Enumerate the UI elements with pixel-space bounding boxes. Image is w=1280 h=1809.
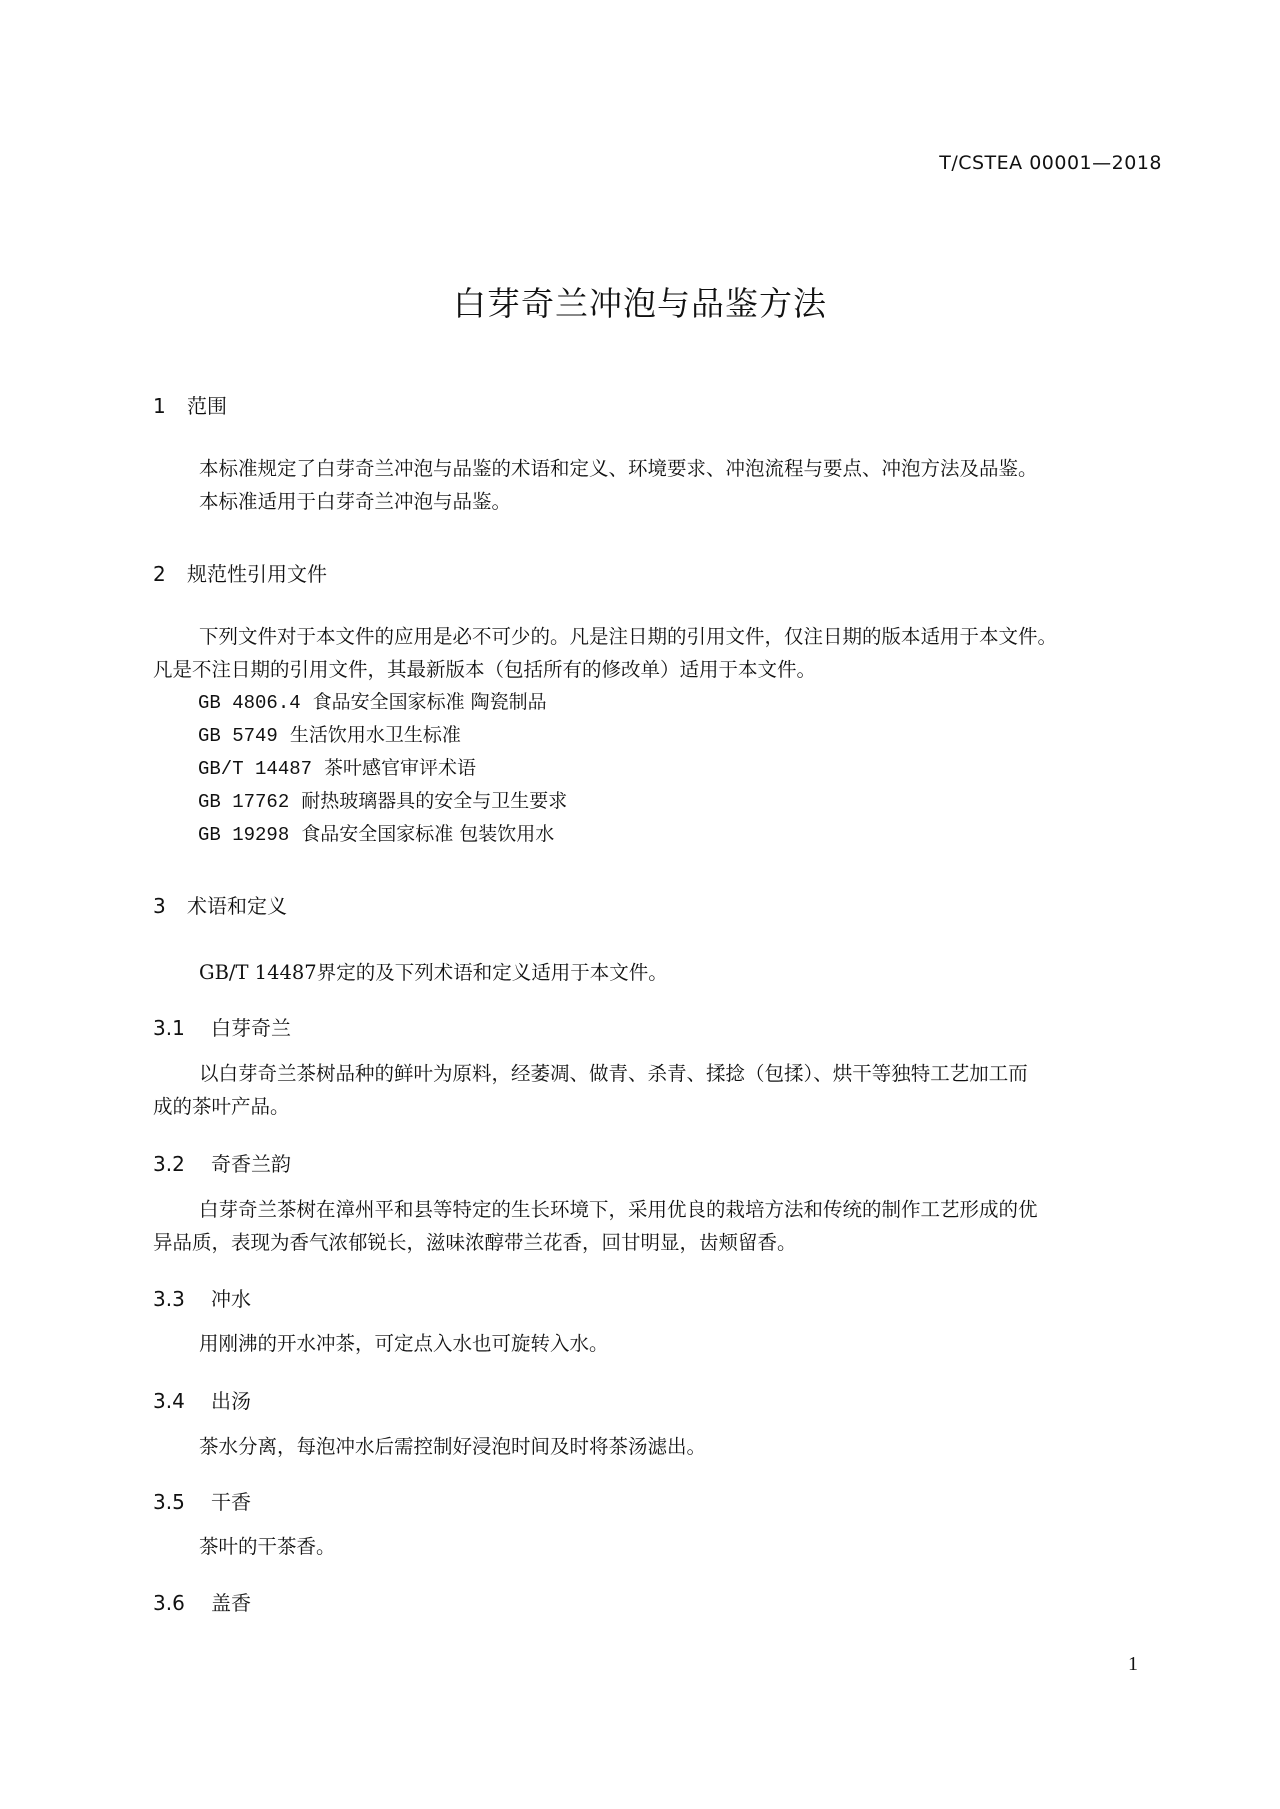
reference-code: GB 5749 — [198, 720, 278, 753]
section-number: 2 — [153, 562, 187, 586]
term-definition: 白芽奇兰茶树在漳州平和县等特定的生长环境下，采用优良的栽培方法和传统的制作工艺形… — [153, 1193, 1158, 1259]
term-number: 3.1 — [153, 1016, 211, 1040]
paragraph: 本标准规定了白芽奇兰冲泡与品鉴的术语和定义、环境要求、冲泡流程与要点、冲泡方法及… — [153, 452, 1158, 485]
term-name: 出汤 — [211, 1389, 251, 1413]
term-definition: 以白芽奇兰茶树品种的鲜叶为原料，经萎凋、做青、杀青、揉捻（包揉）、烘干等独特工艺… — [153, 1057, 1158, 1123]
reference-item: GB 17762耐热玻璃器具的安全与卫生要求 — [198, 785, 567, 819]
term-heading: 3.5干香 — [153, 1486, 251, 1515]
standard-number: T/CSTEA 00001—2018 — [939, 152, 1162, 174]
section-heading-scope: 1范围 — [153, 390, 227, 419]
section-heading-normative-references: 2规范性引用文件 — [153, 558, 327, 587]
term-name: 盖香 — [211, 1591, 251, 1615]
reference-title: 茶叶感官审评术语 — [324, 757, 476, 779]
document-title: 白芽奇兰冲泡与品鉴方法 — [0, 278, 1280, 325]
scope-paragraphs: 本标准规定了白芽奇兰冲泡与品鉴的术语和定义、环境要求、冲泡流程与要点、冲泡方法及… — [153, 452, 1158, 518]
definition-line: 白芽奇兰茶树在漳州平和县等特定的生长环境下，采用优良的栽培方法和传统的制作工艺形… — [153, 1193, 1158, 1226]
definition-line: 茶水分离，每泡冲水后需控制好浸泡时间及时将茶汤滤出。 — [153, 1430, 1158, 1463]
section-number: 1 — [153, 394, 187, 418]
section-number: 3 — [153, 894, 187, 918]
reference-code: GB 4806.4 — [198, 687, 301, 720]
term-number: 3.4 — [153, 1389, 211, 1413]
terms-intro: GB/T 14487界定的及下列术语和定义适用于本文件。 — [153, 956, 1158, 989]
definition-line: 茶叶的干茶香。 — [153, 1530, 1158, 1563]
term-heading: 3.4出汤 — [153, 1385, 251, 1414]
paragraph: 本标准适用于白芽奇兰冲泡与品鉴。 — [153, 485, 1158, 518]
term-number: 3.2 — [153, 1152, 211, 1176]
section-heading-terms-and-definitions: 3术语和定义 — [153, 890, 287, 919]
paragraph: GB/T 14487界定的及下列术语和定义适用于本文件。 — [153, 956, 1158, 989]
reference-code: GB 17762 — [198, 786, 289, 819]
term-number: 3.3 — [153, 1287, 211, 1311]
term-heading: 3.1白芽奇兰 — [153, 1012, 291, 1041]
definition-line: 以白芽奇兰茶树品种的鲜叶为原料，经萎凋、做青、杀青、揉捻（包揉）、烘干等独特工艺… — [153, 1057, 1158, 1090]
section-title: 范围 — [187, 394, 227, 418]
reference-title: 食品安全国家标准 包装饮用水 — [301, 823, 554, 845]
document-page: T/CSTEA 00001—2018 白芽奇兰冲泡与品鉴方法 1范围 本标准规定… — [0, 0, 1280, 1809]
term-heading: 3.6盖香 — [153, 1587, 251, 1616]
page-number: 1 — [1128, 1653, 1138, 1676]
reference-code: GB/T 14487 — [198, 753, 312, 786]
term-name: 白芽奇兰 — [211, 1016, 291, 1040]
paragraph-line: 凡是不注日期的引用文件，其最新版本（包括所有的修改单）适用于本文件。 — [153, 653, 1158, 686]
section-title: 术语和定义 — [187, 894, 287, 918]
term-definition: 茶水分离，每泡冲水后需控制好浸泡时间及时将茶汤滤出。 — [153, 1430, 1158, 1463]
term-definition: 用刚沸的开水冲茶，可定点入水也可旋转入水。 — [153, 1327, 1158, 1360]
reference-title: 食品安全国家标准 陶瓷制品 — [313, 691, 547, 713]
term-heading: 3.2奇香兰韵 — [153, 1148, 291, 1177]
reference-item: GB 5749生活饮用水卫生标准 — [198, 719, 461, 753]
term-name: 奇香兰韵 — [211, 1152, 291, 1176]
definition-line: 成的茶叶产品。 — [153, 1090, 1158, 1123]
reference-item: GB/T 14487茶叶感官审评术语 — [198, 752, 476, 786]
paragraph-line: 下列文件对于本文件的应用是必不可少的。凡是注日期的引用文件，仅注日期的版本适用于… — [153, 620, 1158, 653]
term-number: 3.6 — [153, 1591, 211, 1615]
term-heading: 3.3冲水 — [153, 1283, 251, 1312]
term-name: 冲水 — [211, 1287, 251, 1311]
reference-item: GB 19298食品安全国家标准 包装饮用水 — [198, 818, 554, 852]
definition-line: 异品质，表现为香气浓郁锐长，滋味浓醇带兰花香，回甘明显，齿颊留香。 — [153, 1226, 1158, 1259]
term-definition: 茶叶的干茶香。 — [153, 1530, 1158, 1563]
term-number: 3.5 — [153, 1490, 211, 1514]
section-title: 规范性引用文件 — [187, 562, 327, 586]
definition-line: 用刚沸的开水冲茶，可定点入水也可旋转入水。 — [153, 1327, 1158, 1360]
reference-title: 生活饮用水卫生标准 — [290, 724, 461, 746]
reference-title: 耐热玻璃器具的安全与卫生要求 — [301, 790, 567, 812]
term-name: 干香 — [211, 1490, 251, 1514]
reference-code: GB 19298 — [198, 819, 289, 852]
normative-references-paragraph: 下列文件对于本文件的应用是必不可少的。凡是注日期的引用文件，仅注日期的版本适用于… — [153, 620, 1158, 686]
reference-item: GB 4806.4食品安全国家标准 陶瓷制品 — [198, 686, 547, 720]
